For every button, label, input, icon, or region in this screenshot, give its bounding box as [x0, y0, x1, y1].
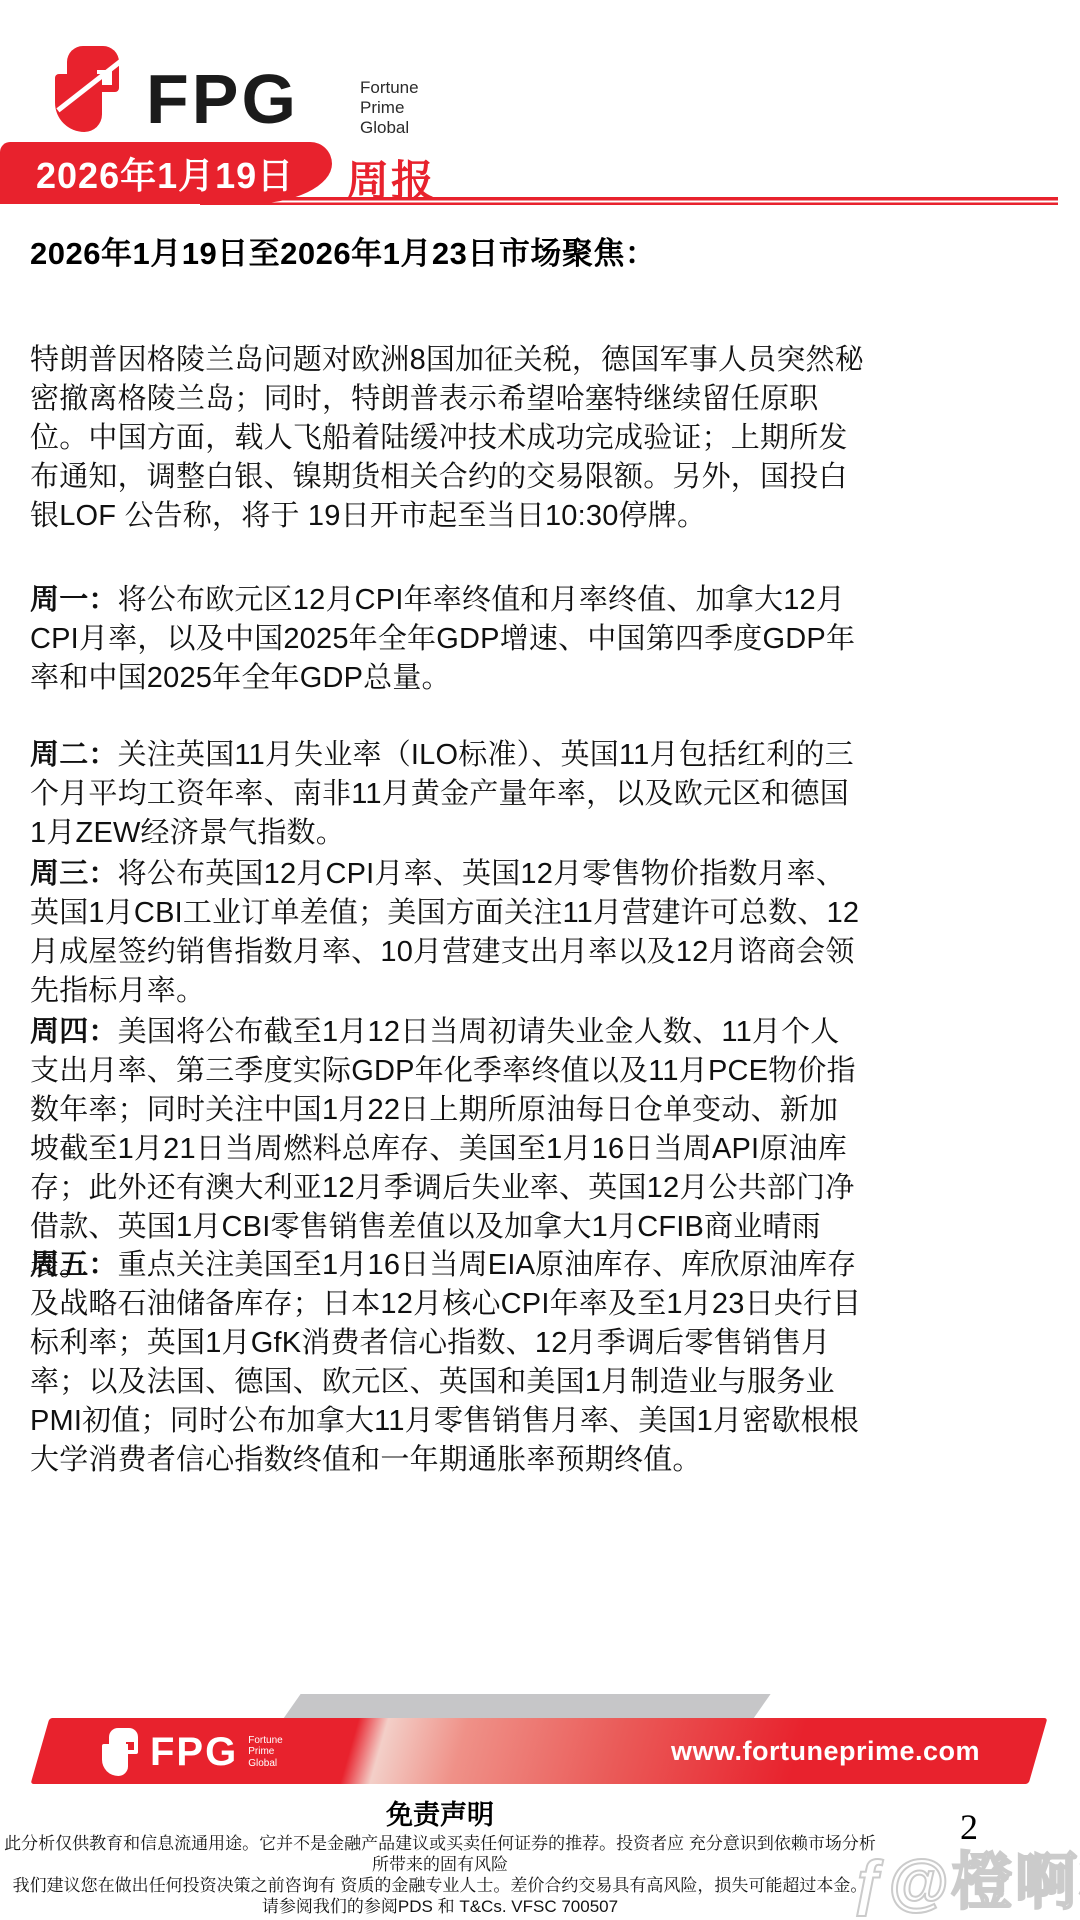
website-link[interactable]: www.fortuneprime.com	[671, 1736, 980, 1767]
day-paragraph-friday: 周五：重点关注美国至1月16日当周EIA原油库存、库欣原油库存及战略石油储备库存…	[30, 1246, 865, 1480]
day-text-friday: 重点关注美国至1月16日当周EIA原油库存、库欣原油库存及战略石油储备库存；日本…	[30, 1249, 861, 1476]
day-text-thursday: 美国将公布截至1月12日当周初请失业金人数、11月个人支出月率、第三季度实际GD…	[30, 1016, 856, 1282]
report-date: 2026年1月19日	[0, 148, 294, 199]
day-text-monday: 将公布欧元区12月CPI年率终值和月率终值、加拿大12月CPI月率，以及中国20…	[30, 584, 855, 694]
disclaimer-text: 此分析仅供教育和信息流通用途。它并不是金融产品建议或买卖任何证券的推荐。投资者应…	[0, 1833, 880, 1917]
disclaimer-line: 请参阅我们的参阅PDS 和 T&Cs. VFSC 700507	[0, 1896, 880, 1917]
page-title: 2026年1月19日至2026年1月23日市场聚焦：	[30, 228, 930, 273]
footer-logo-text: FPG	[150, 1730, 238, 1774]
tagline-line: Prime	[248, 1746, 282, 1758]
day-label-wednesday: 周三：	[30, 858, 118, 890]
disclaimer-line: 此分析仅供教育和信息流通用途。它并不是金融产品建议或买卖任何证券的推荐。投资者应…	[0, 1833, 880, 1875]
report-date-banner: 2026年1月19日	[0, 142, 332, 204]
day-label-friday: 周五：	[30, 1249, 118, 1281]
intro-paragraph: 特朗普因格陵兰岛问题对欧洲8国加征关税，德国军事人员突然秘密撤离格陵兰岛；同时，…	[30, 341, 865, 536]
day-label-tuesday: 周二：	[30, 739, 118, 771]
tagline-line: Global	[360, 118, 419, 138]
fpg-logo-icon	[55, 46, 119, 132]
disclaimer-title: 免责声明	[0, 1793, 880, 1832]
day-text-tuesday: 关注英国11月失业率（ILO标准）、英国11月包括红利的三个月平均工资年率、南非…	[30, 739, 854, 849]
day-label-monday: 周一：	[30, 584, 118, 616]
footer-fpg-logo: FPG Fortune Prime Global	[102, 1728, 283, 1776]
day-paragraph-tuesday: 周二：关注英国11月失业率（ILO标准）、英国11月包括红利的三个月平均工资年率…	[30, 736, 865, 853]
fpg-logo-text: FPG	[146, 64, 299, 134]
tagline-line: Fortune	[248, 1735, 282, 1747]
day-label-thursday: 周四：	[30, 1016, 118, 1048]
footer-logo-tagline: Fortune Prime Global	[248, 1735, 282, 1770]
day-text-wednesday: 将公布英国12月CPI月率、英国12月零售物价指数月率、英国1月CBI工业订单差…	[30, 858, 859, 1007]
disclaimer-line: 我们建议您在做出任何投资决策之前咨询有 资质的金融专业人士。差价合约交易具有高风…	[0, 1875, 880, 1896]
footer-brand-banner: FPG Fortune Prime Global www.fortuneprim…	[40, 1718, 1038, 1784]
tagline-line: Global	[248, 1758, 282, 1770]
day-paragraph-wednesday: 周三：将公布英国12月CPI月率、英国12月零售物价指数月率、英国1月CBI工业…	[30, 855, 865, 1011]
tagline-line: Fortune	[360, 78, 419, 98]
fpg-logo-icon-white	[102, 1728, 138, 1776]
day-paragraph-monday: 周一：将公布欧元区12月CPI年率终值和月率终值、加拿大12月CPI月率，以及中…	[30, 581, 865, 698]
watermark-text: ƒ@橙啊橙	[852, 1832, 1080, 1920]
header-divider-line	[200, 197, 1058, 205]
fpg-logo-tagline: Fortune Prime Global	[360, 78, 419, 138]
tagline-line: Prime	[360, 98, 419, 118]
report-type-label: 周报	[346, 148, 436, 209]
weekly-report-page: FPG Fortune Prime Global 2026年1月19日 周报 2…	[0, 0, 1080, 1920]
